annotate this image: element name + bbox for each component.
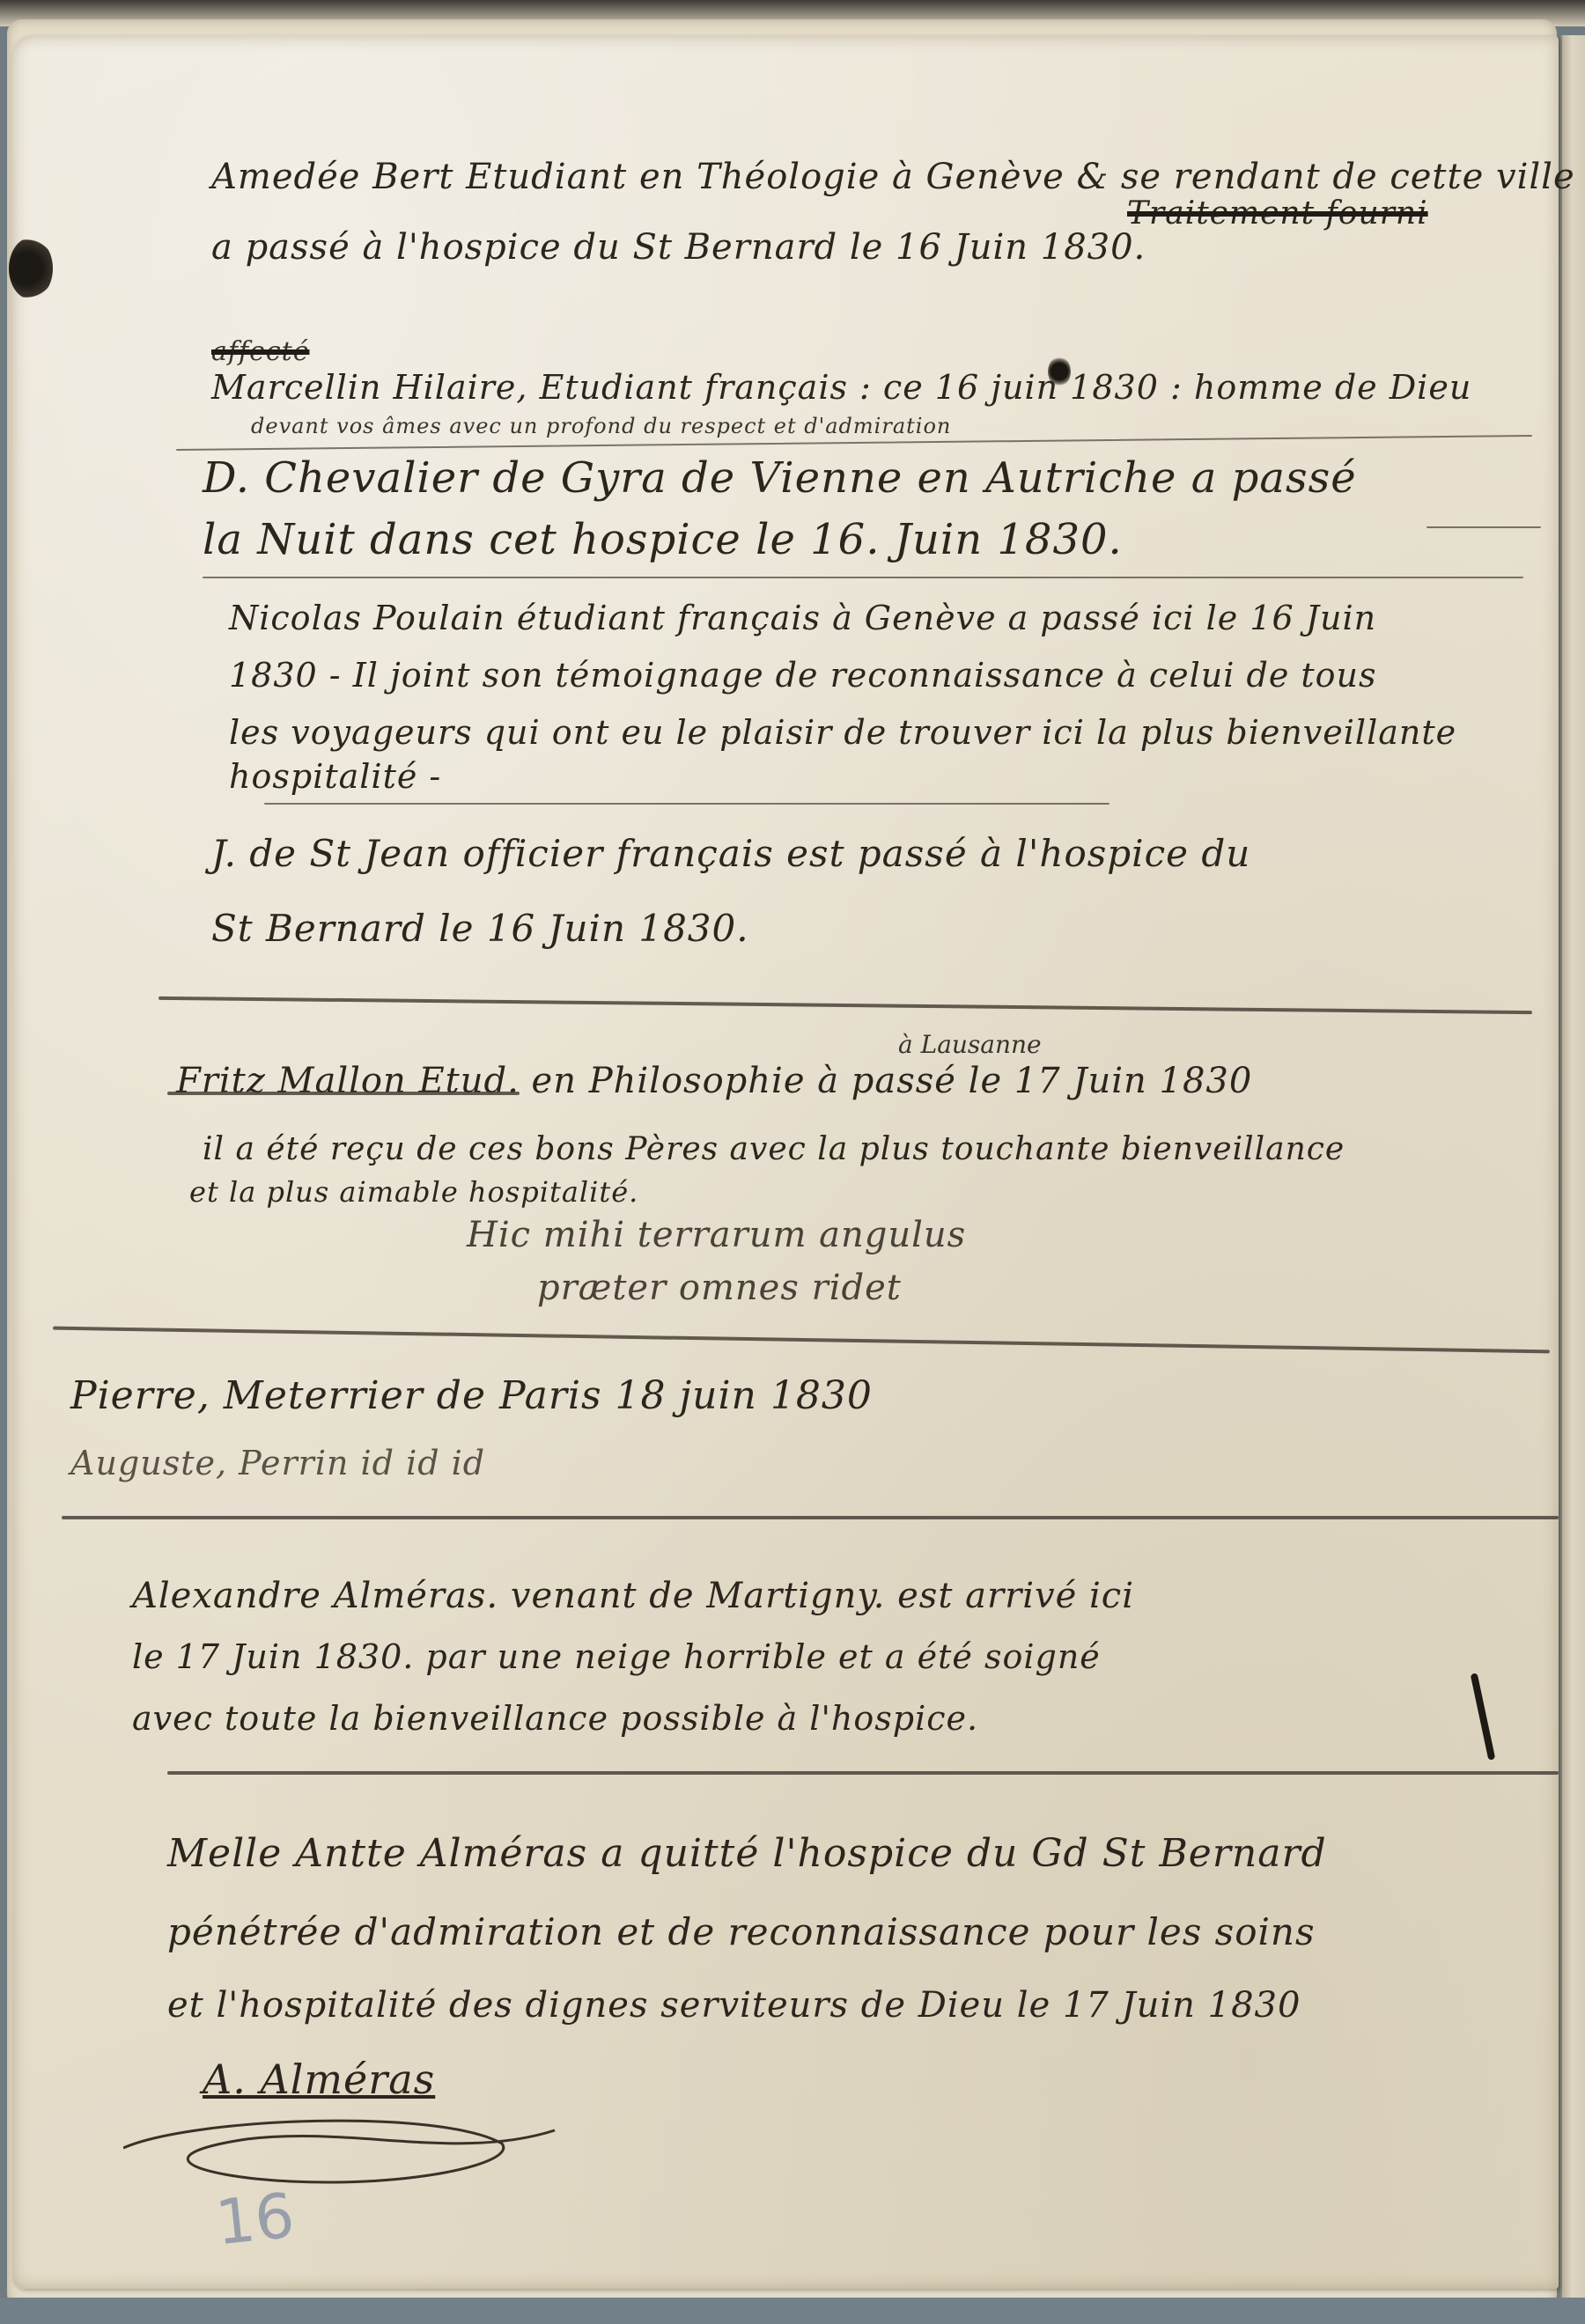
entry-line: pénétrée d'admiration et de reconnaissan…	[167, 1910, 1316, 1953]
entry-line: Marcellin Hilaire, Etudiant français : c…	[211, 368, 1471, 407]
entry-line: D. Chevalier de Gyra de Vienne en Autric…	[203, 453, 1357, 503]
dash-line	[1426, 526, 1541, 528]
entry-line: Pierre, Meterrier de Paris 18 juin 1830	[70, 1373, 873, 1418]
entry-line: le 17 Juin 1830. par une neige horrible …	[132, 1637, 1101, 1676]
divider-line	[203, 577, 1523, 578]
entry-line: Alexandre Alméras. venant de Martigny. e…	[132, 1576, 1134, 1616]
entry-line: et l'hospitalité des dignes serviteurs d…	[167, 1985, 1301, 2026]
name-underline	[167, 1092, 520, 1095]
scan-backdrop-bottom	[0, 2298, 1585, 2324]
entry-line: avec toute la bienveillance possible à l…	[132, 1699, 978, 1738]
entry-line: Amedée Bert Etudiant en Théologie à Genè…	[211, 157, 1585, 197]
entry-line: Melle Antte Alméras a quitté l'hospice d…	[167, 1831, 1327, 1876]
latin-quote-line: Hic mihi terrarum angulus	[467, 1215, 966, 1255]
entry-line: J. de St Jean officier français est pass…	[211, 832, 1250, 875]
entry-line: hospitalité -	[229, 757, 441, 796]
entry-line: 1830 - Il joint son témoignage de reconn…	[229, 656, 1377, 695]
struck-margin-word: affecté	[211, 336, 309, 367]
entry-line: les voyageurs qui ont eu le plaisir de t…	[229, 713, 1456, 752]
signature-flourish	[123, 2108, 564, 2196]
pencil-page-number: 16	[212, 2180, 298, 2260]
entry-line: la Nuit dans cet hospice le 16. Juin 183…	[203, 515, 1123, 564]
entry-line: a passé à l'hospice du St Bernard le 16 …	[211, 227, 1146, 268]
divider-line	[62, 1516, 1559, 1519]
interlinear-note: devant vos âmes avec un profond du respe…	[251, 414, 951, 438]
ink-blot-left-margin	[9, 238, 53, 299]
entry-line: et la plus aimable hospitalité.	[189, 1175, 638, 1209]
entry-line: St Bernard le 16 Juin 1830.	[211, 907, 749, 950]
entry-line: il a été reçu de ces bons Pères avec la …	[203, 1131, 1345, 1167]
latin-quote-line: præter omnes ridet	[537, 1268, 902, 1308]
struck-text: Traitement fourni	[1127, 195, 1428, 232]
superscript-note: à Lausanne	[898, 1030, 1042, 1059]
signature: A. Alméras	[203, 2056, 435, 2103]
divider-line	[264, 803, 1109, 805]
entry-line: Nicolas Poulain étudiant français à Genè…	[229, 599, 1376, 637]
next-page-edge	[1560, 35, 1585, 2306]
divider-line	[167, 1771, 1559, 1775]
entry-line: Auguste, Perrin id id id	[70, 1444, 485, 1482]
ink-blot	[1048, 357, 1071, 386]
entry-line: Fritz Mallon Etud. en Philosophie à pass…	[176, 1061, 1252, 1101]
